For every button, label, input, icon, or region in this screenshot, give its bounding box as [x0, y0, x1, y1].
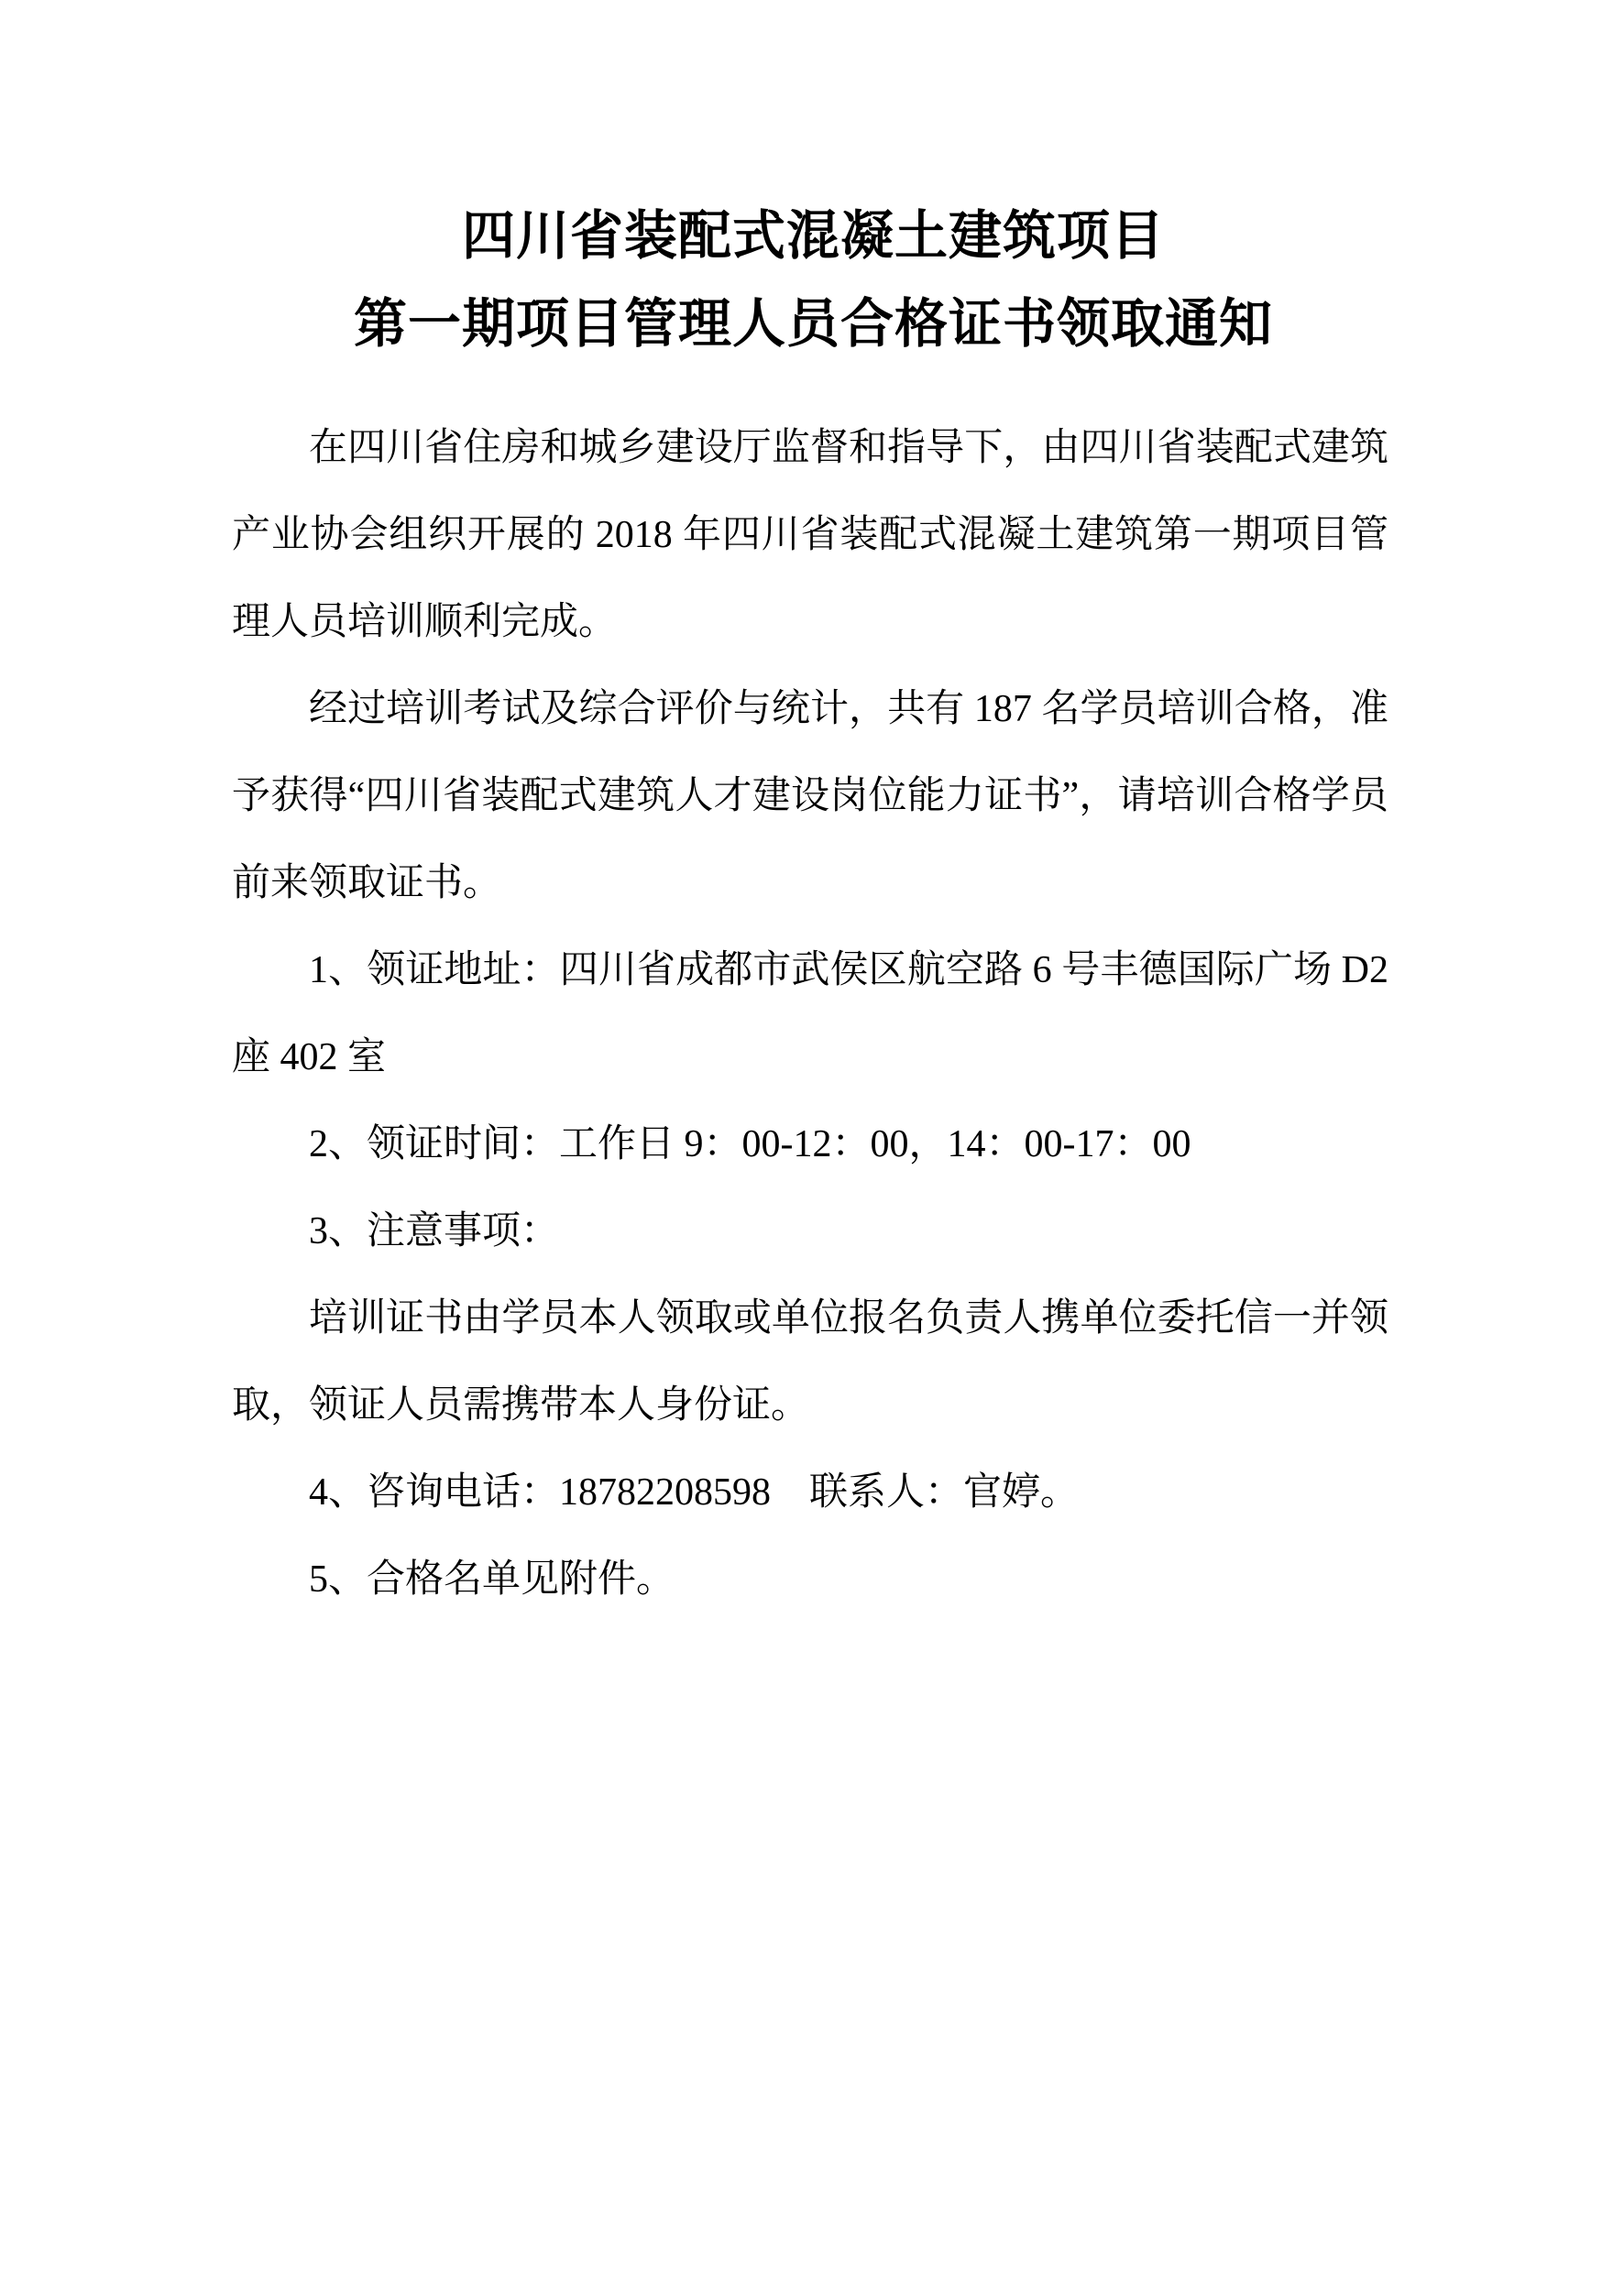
list-item-phone: 4、咨询电话：18782208598 联系人：官婷。	[232, 1449, 1388, 1536]
document-title-line-2: 第一期项目管理人员合格证书领取通知	[232, 280, 1395, 368]
document-page: 四川省装配式混凝土建筑项目 第一期项目管理人员合格证书领取通知 在四川省住房和城…	[0, 0, 1624, 2296]
document-title-line-1: 四川省装配式混凝土建筑项目	[232, 192, 1395, 280]
paragraph-notes-detail: 培训证书由学员本人领取或单位报名负责人携单位委托信一并领取，领证人员需携带本人身…	[232, 1275, 1388, 1449]
list-item-address: 1、领证地址：四川省成都市武侯区航空路 6 号丰德国际广场 D2 座 402 室	[232, 927, 1388, 1101]
document-body: 在四川省住房和城乡建设厅监督和指导下，由四川省装配式建筑产业协会组织开展的 20…	[232, 405, 1388, 1624]
list-item-attachment: 5、合格名单见附件。	[232, 1536, 1388, 1624]
list-item-time: 2、领证时间：工作日 9：00-12：00，14：00-17：00	[232, 1101, 1388, 1188]
list-item-notes-heading: 3、注意事项：	[232, 1188, 1388, 1275]
paragraph-result: 经过培训考试及综合评价与统计，共有 187 名学员培训合格，准予获得“四川省装配…	[232, 666, 1388, 927]
paragraph-intro: 在四川省住房和城乡建设厅监督和指导下，由四川省装配式建筑产业协会组织开展的 20…	[232, 405, 1388, 666]
document-title: 四川省装配式混凝土建筑项目 第一期项目管理人员合格证书领取通知	[232, 192, 1395, 368]
